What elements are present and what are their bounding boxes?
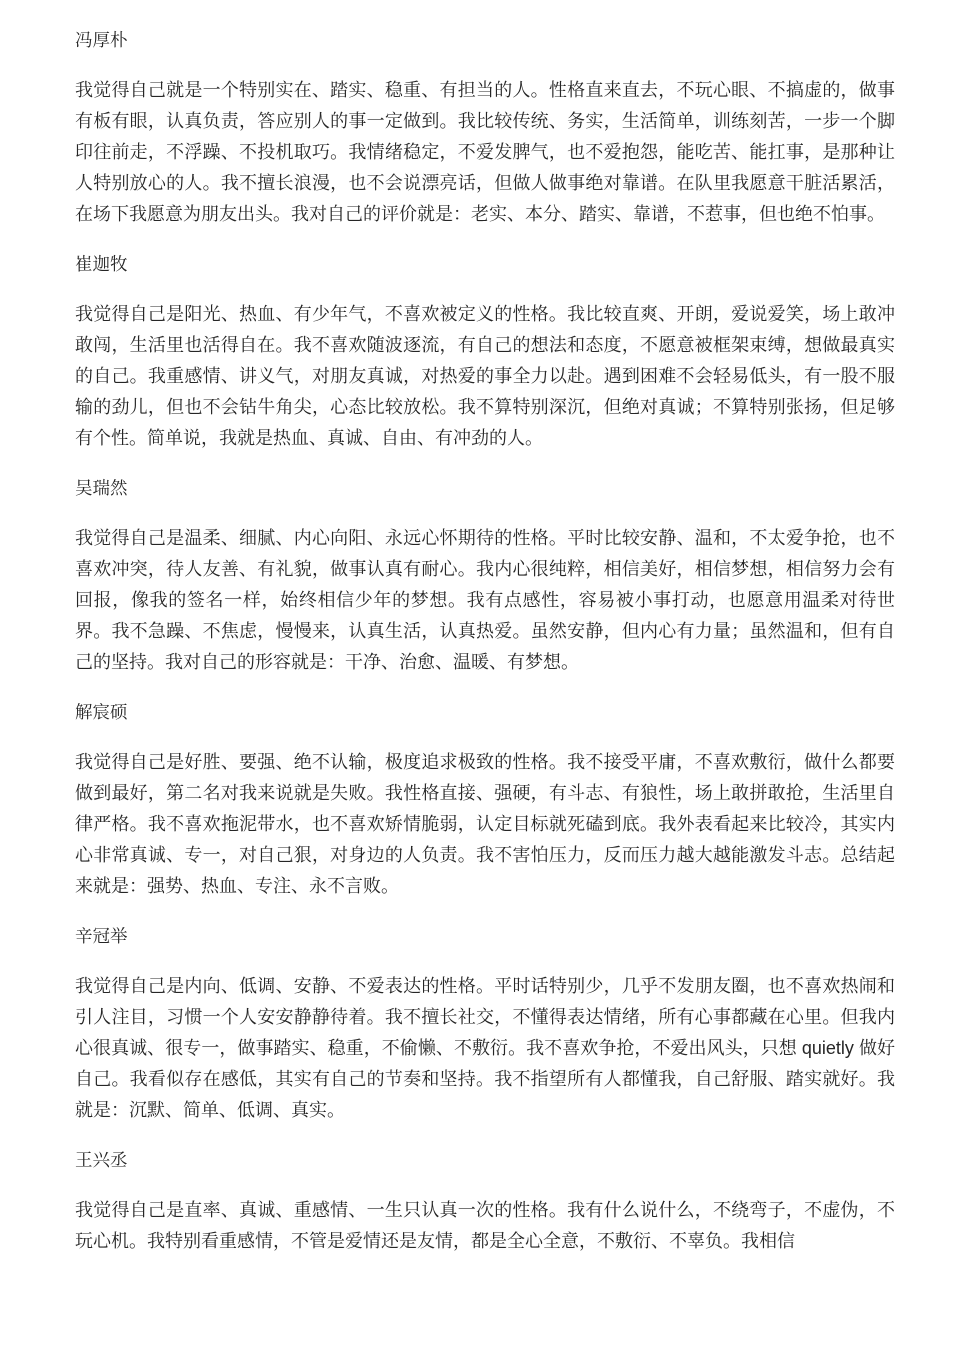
person-description: 我觉得自己就是一个特别实在、踏实、稳重、有担当的人。性格直来直去，不玩心眼、不搞… [75,75,895,230]
person-section: 吴瑞然 我觉得自己是温柔、细腻、内心向阳、永远心怀期待的性格。平时比较安静、温和… [75,473,895,678]
person-section: 崔迦牧 我觉得自己是阳光、热血、有少年气，不喜欢被定义的性格。我比较直爽、开朗，… [75,249,895,454]
person-name: 冯厚朴 [75,25,895,56]
person-description: 我觉得自己是直率、真诚、重感情、一生只认真一次的性格。我有什么说什么，不绕弯子，… [75,1195,895,1257]
person-name: 解宸硕 [75,697,895,728]
person-name: 崔迦牧 [75,249,895,280]
person-description: 我觉得自己是温柔、细腻、内心向阳、永远心怀期待的性格。平时比较安静、温和，不太爱… [75,523,895,678]
person-description: 我觉得自己是阳光、热血、有少年气，不喜欢被定义的性格。我比较直爽、开朗，爱说爱笑… [75,299,895,454]
person-name: 王兴丞 [75,1145,895,1176]
person-description: 我觉得自己是内向、低调、安静、不爱表达的性格。平时话特别少，几乎不发朋友圈，也不… [75,971,895,1126]
person-section: 辛冠举 我觉得自己是内向、低调、安静、不爱表达的性格。平时话特别少，几乎不发朋友… [75,921,895,1126]
person-section: 冯厚朴 我觉得自己就是一个特别实在、踏实、稳重、有担当的人。性格直来直去，不玩心… [75,25,895,230]
person-name: 辛冠举 [75,921,895,952]
person-description: 我觉得自己是好胜、要强、绝不认输，极度追求极致的性格。我不接受平庸，不喜欢敷衍，… [75,747,895,902]
document-page: 冯厚朴 我觉得自己就是一个特别实在、踏实、稳重、有担当的人。性格直来直去，不玩心… [0,0,967,1348]
person-section: 解宸硕 我觉得自己是好胜、要强、绝不认输，极度追求极致的性格。我不接受平庸，不喜… [75,697,895,902]
person-name: 吴瑞然 [75,473,895,504]
person-section: 王兴丞 我觉得自己是直率、真诚、重感情、一生只认真一次的性格。我有什么说什么，不… [75,1145,895,1257]
